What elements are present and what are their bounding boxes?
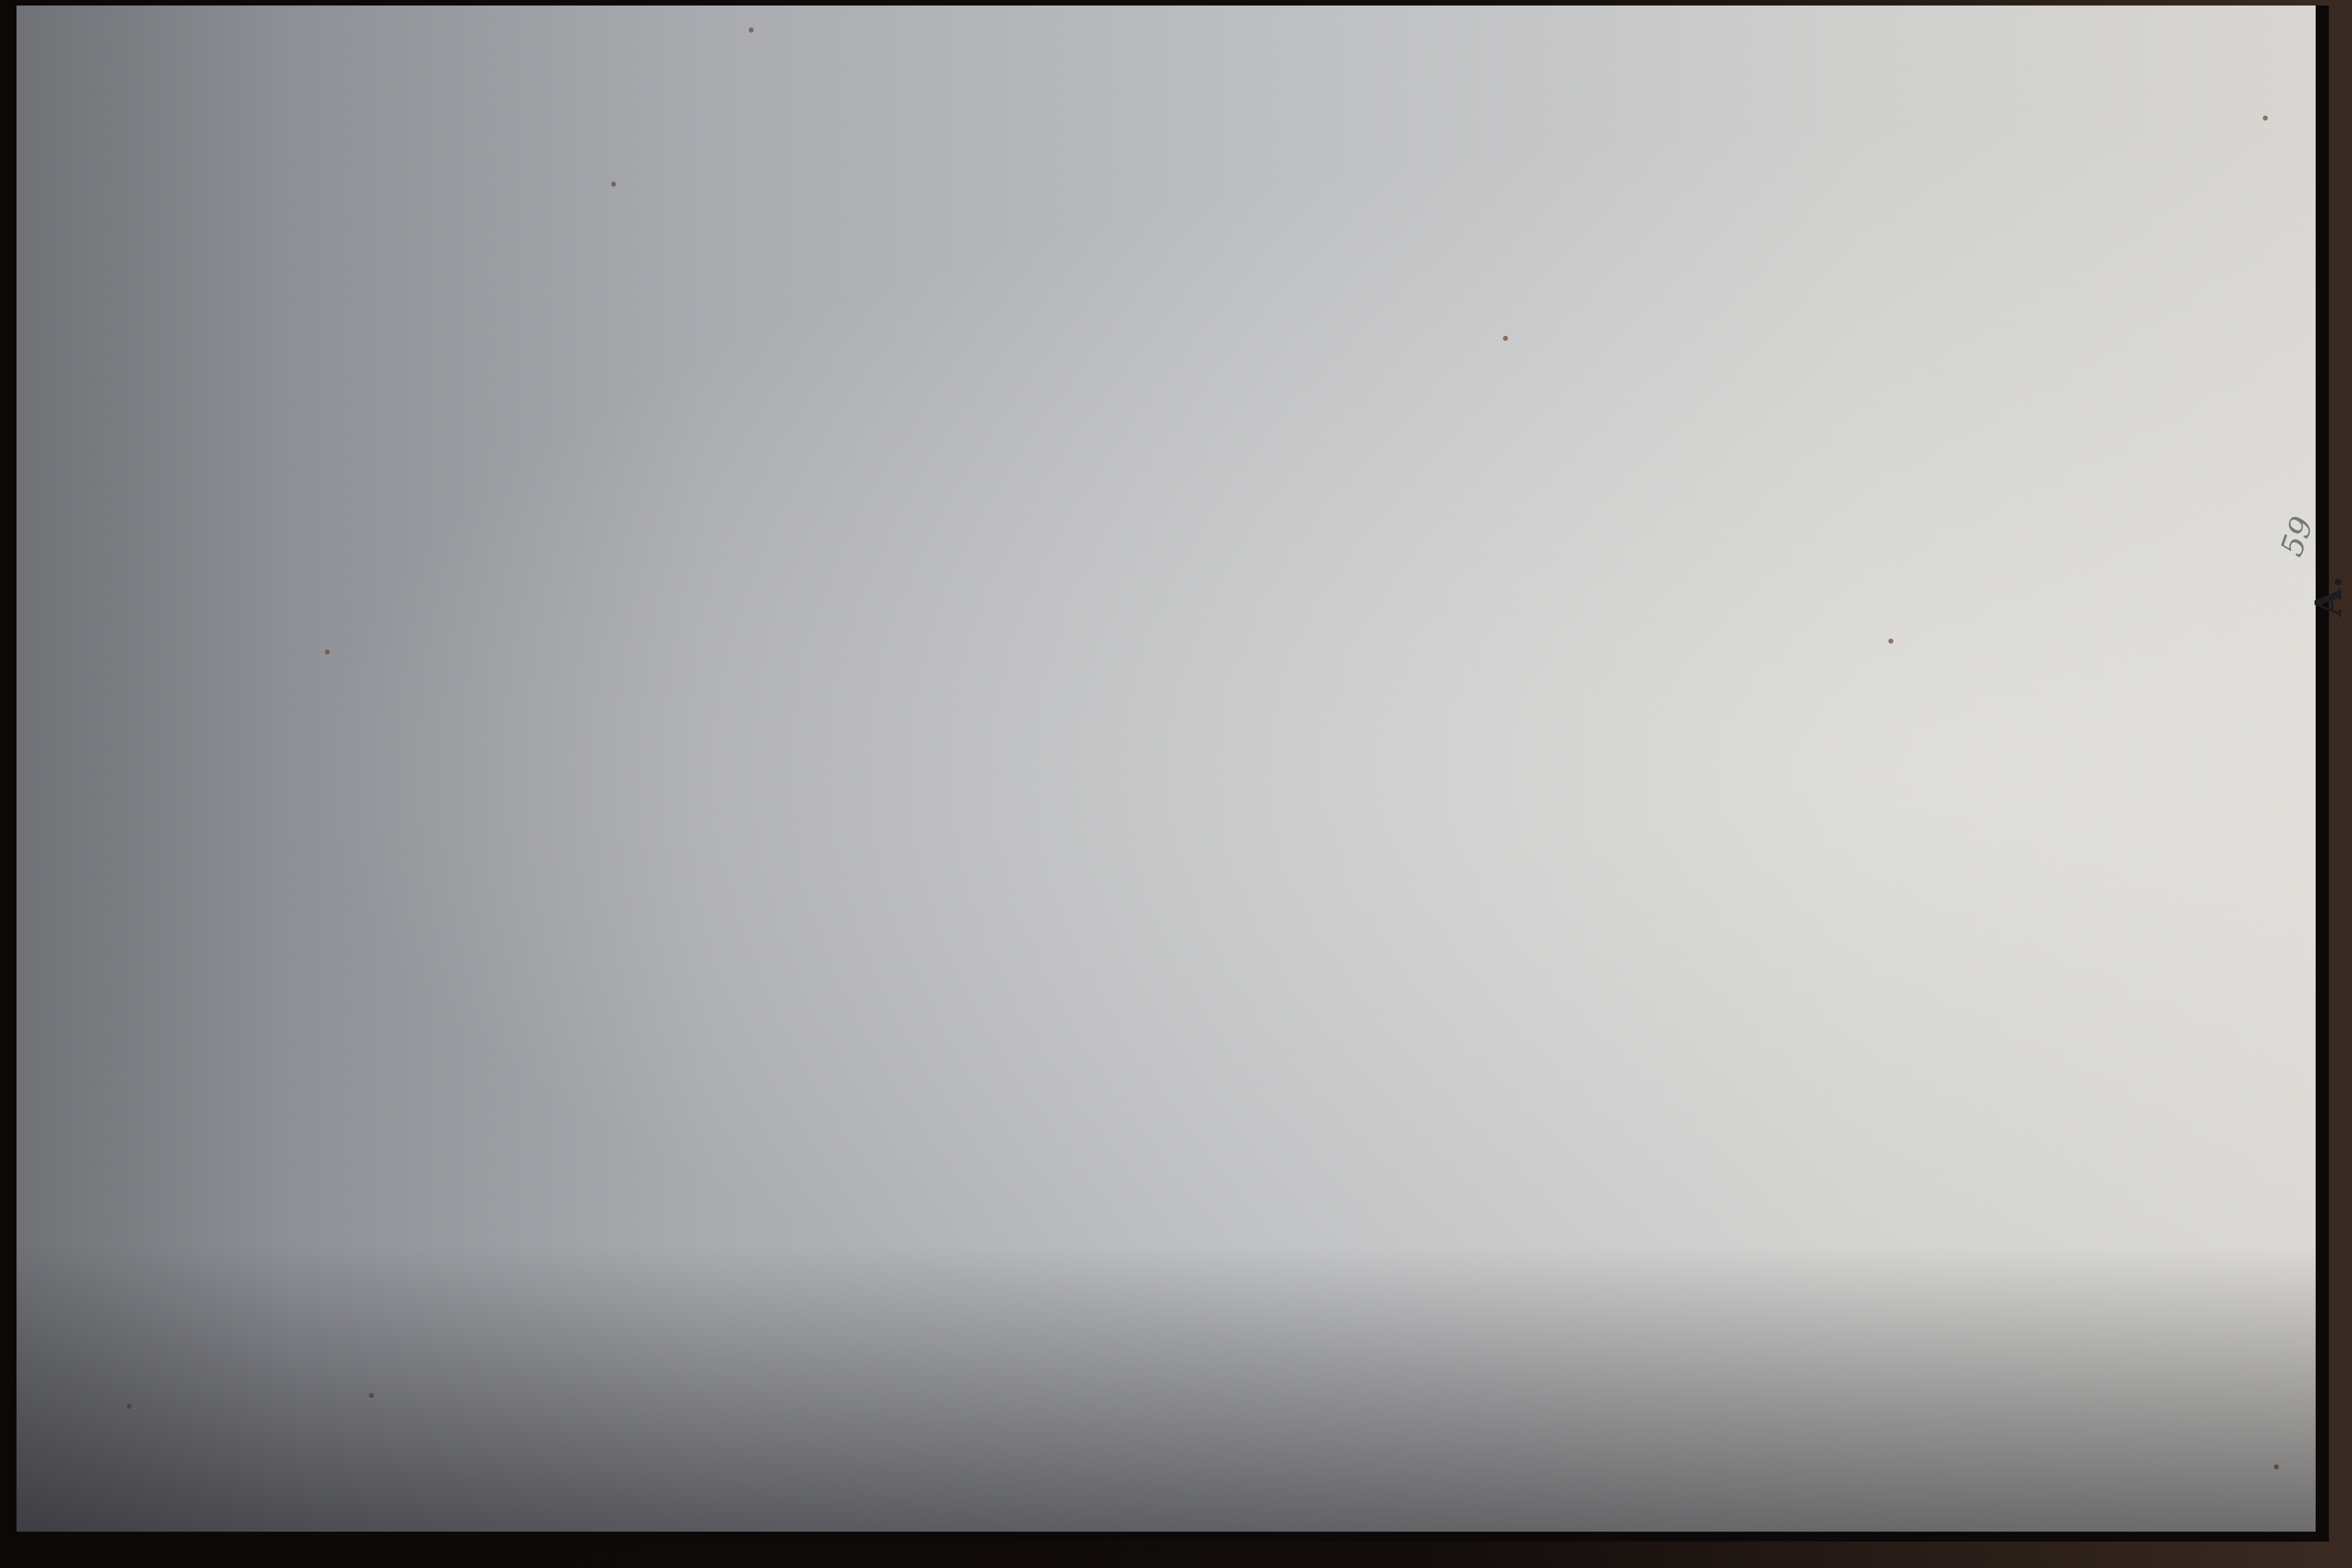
register-page xyxy=(17,6,2329,1542)
form-letter: A. xyxy=(2307,576,2350,617)
foxing-spot xyxy=(611,182,616,187)
birth-record-form: 59 A. Nr. 59 Neuhausen am 3ten Dezember … xyxy=(2285,490,2352,1525)
foxing-spot xyxy=(749,28,754,32)
foxing-spot xyxy=(2263,116,2268,121)
foxing-spot xyxy=(369,1393,374,1398)
foxing-spot xyxy=(2274,1464,2279,1469)
foxing-spot xyxy=(127,1404,132,1409)
foxing-spot xyxy=(1888,639,1893,644)
foxing-spot xyxy=(325,650,330,655)
foxing-spot xyxy=(1503,336,1508,341)
